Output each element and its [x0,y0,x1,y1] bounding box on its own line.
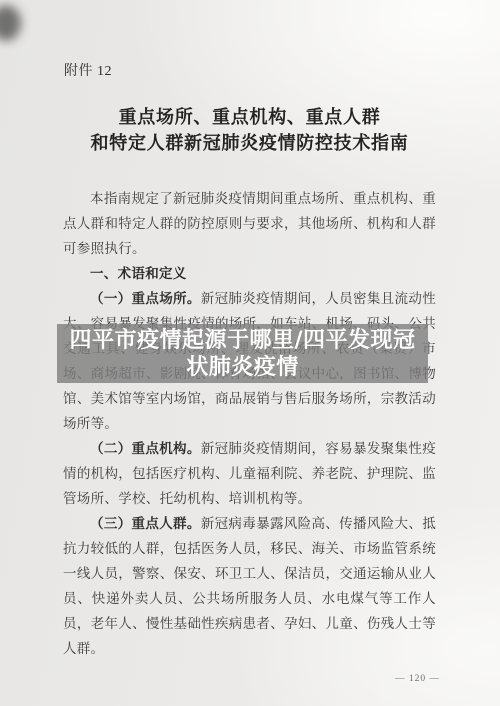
page-number: — 120 — [395,674,440,684]
definition-item-key-places-label: （一）重点场所。 [90,291,201,306]
document-title: 重点场所、重点机构、重点人群 和特定人群新冠肺炎疫情防控技术指南 [63,104,436,156]
watermark-headline-banner: 四平市疫情起源于哪里/四平发现冠 状肺炎疫情 [57,324,428,383]
attachment-number-label: 附件 12 [64,60,112,80]
document-title-line1: 重点场所、重点机构、重点人群 [63,104,436,130]
definition-item-key-populations-text: 新冠病毒暴露风险高、传播风险大、抵抗力较低的人群，包括医务人员，移民、海关、市场… [63,516,436,656]
scanned-document-page: 附件 12 重点场所、重点机构、重点人群 和特定人群新冠肺炎疫情防控技术指南 本… [0,0,500,706]
definition-item-key-populations-label: （三）重点人群。 [90,516,201,531]
definition-item-key-populations: （三）重点人群。新冠病毒暴露风险高、传播风险大、抵抗力较低的人群，包括医务人员，… [63,511,436,661]
document-body: 本指南规定了新冠肺炎疫情期间重点场所、重点机构、重点人群和特定人群的防控原则与要… [63,186,436,661]
watermark-headline-line1: 四平市疫情起源于哪里/四平发现冠 [69,327,415,354]
section-heading-terms-and-definitions: 一、术语和定义 [63,261,436,286]
watermark-headline-line2: 状肺炎疫情 [186,354,299,381]
definition-item-key-institutions-label: （二）重点机构。 [90,441,201,456]
intro-paragraph: 本指南规定了新冠肺炎疫情期间重点场所、重点机构、重点人群和特定人群的防控原则与要… [63,186,436,261]
definition-item-key-institutions: （二）重点机构。新冠肺炎疫情期间，容易暴发聚集性疫情的机构，包括医疗机构、儿童福… [63,436,436,511]
document-title-line2: 和特定人群新冠肺炎疫情防控技术指南 [63,130,436,156]
scan-smudge-mark [0,5,21,41]
